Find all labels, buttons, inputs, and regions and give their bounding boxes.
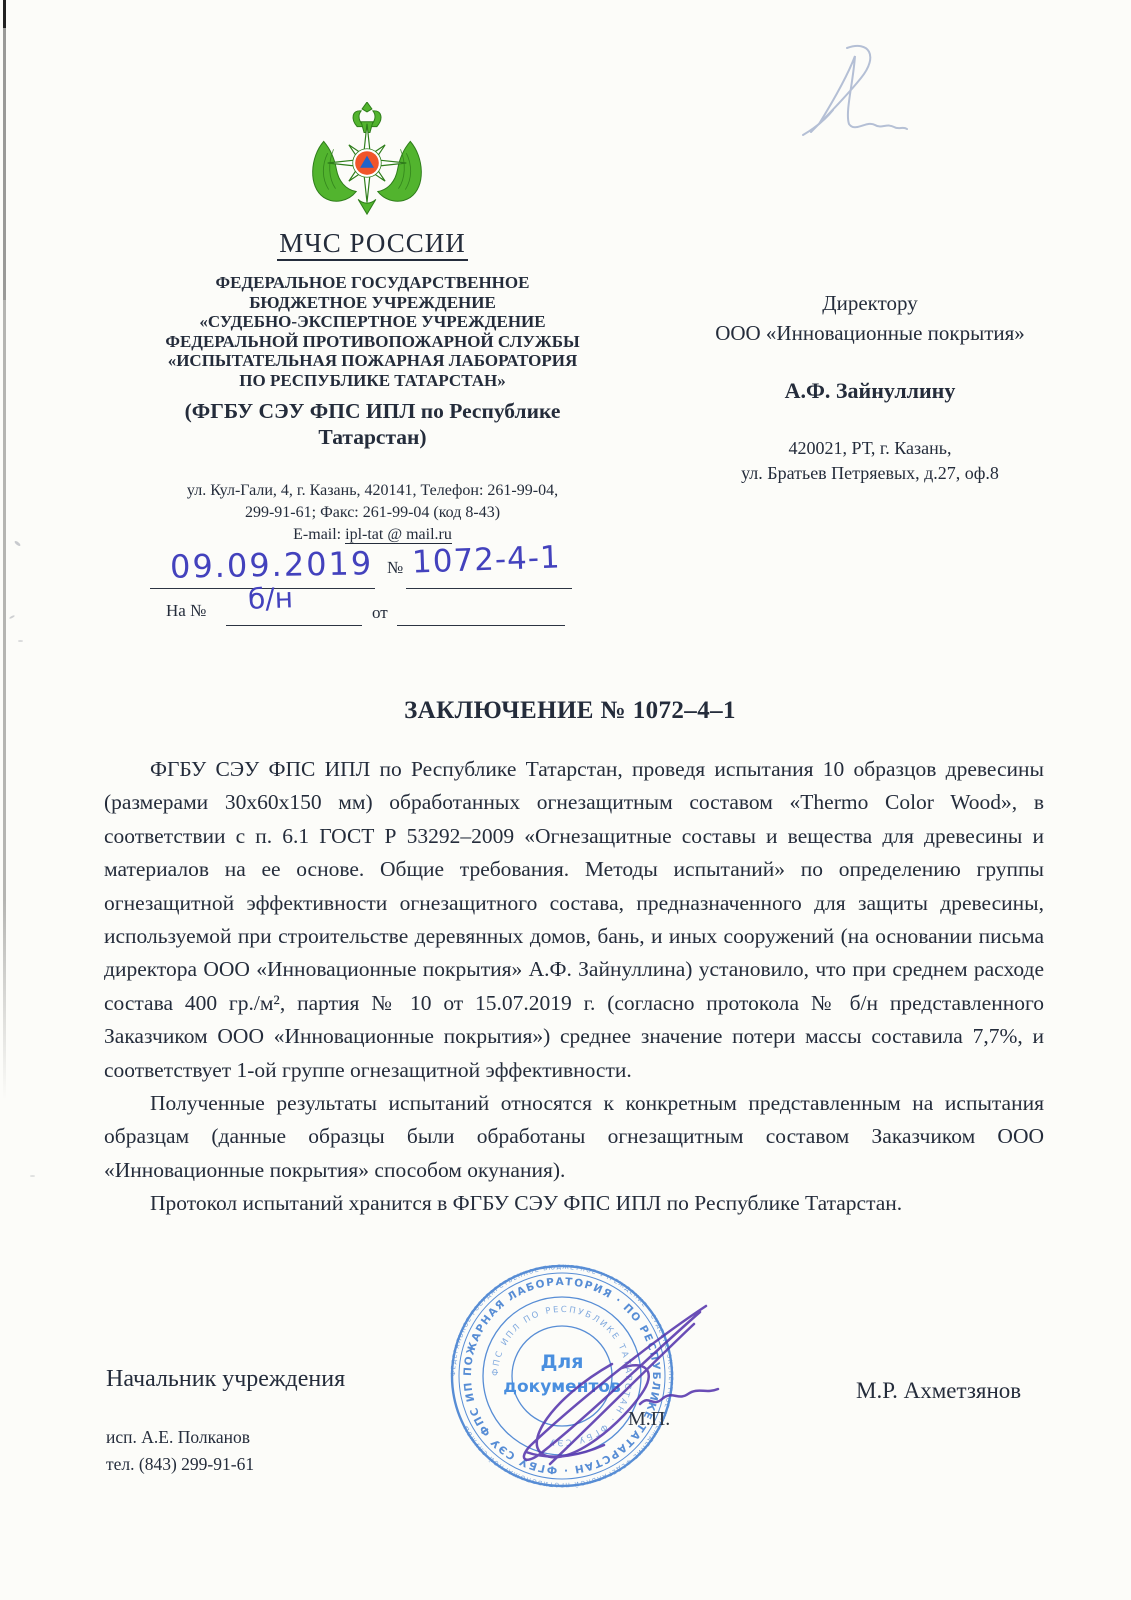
recipient-block: Директору ООО «Инновационные покрытия» [640,288,1100,348]
sender-phone-line: 299-91-61; Факс: 261-99-04 (код 8-43) [95,502,650,524]
scan-speck [30,1175,35,1177]
org-line: ПО РЕСПУБЛИКЕ ТАТАРСТАН» [95,371,650,391]
org-line: ФЕДЕРАЛЬНОЙ ПРОТИВОПОЖАРНОЙ СЛУЖБЫ [95,332,650,352]
from-underline [397,625,565,626]
body-paragraph-3: Протокол испытаний хранится в ФГБУ СЭУ Ф… [104,1187,1044,1220]
recipient-name: А.Ф. Зайнуллину [640,378,1100,404]
email-value: ipl-tat @ mail.ru [345,526,452,544]
recipient-position: Директору [640,288,1100,318]
short-name-line: (ФГБУ СЭУ ФПС ИПЛ по Республике [95,398,650,424]
executor-phone: тел. (843) 299-91-61 [106,1451,254,1478]
ministry-name: МЧС РОССИИ [95,228,650,259]
executor-block: исп. А.Е. Полканов тел. (843) 299-91-61 [106,1424,254,1478]
handwritten-incoming-number: б/н [247,581,293,616]
org-line: «СУДЕБНО-ЭКСПЕРТНОЕ УЧРЕЖДЕНИЕ [95,312,650,332]
recipient-company: ООО «Инновационные покрытия» [640,318,1100,348]
number-underline [406,588,572,589]
email-label: E-mail: [293,526,341,543]
scanned-letter-page: { "sender": { "ministry": "МЧС РОССИИ", … [0,0,1131,1600]
body-paragraph-1: ФГБУ СЭУ ФПС ИПЛ по Республике Татарстан… [104,753,1044,1087]
recipient-address: 420021, РТ, г. Казань, ул. Братьев Петря… [640,436,1100,486]
scan-speck [18,640,23,642]
short-name-line: Татарстан) [95,424,650,450]
director-signature [492,1302,742,1482]
incoming-underline [226,625,362,626]
document-body: ФГБУ СЭУ ФПС ИПЛ по Республике Татарстан… [104,753,1044,1221]
body-paragraph-2: Полученные результаты испытаний относятс… [104,1087,1044,1187]
scan-speck [14,540,21,547]
signer-position: Начальник учреждения [106,1366,345,1393]
org-line: «ИСПЫТАТЕЛЬНАЯ ПОЖАРНАЯ ЛАБОРАТОРИЯ [95,351,650,371]
handwritten-date: 09.09.2019 [170,544,374,586]
from-label: от [372,603,388,623]
scan-speck [9,615,15,620]
mp-seal-label: М.П. [628,1408,670,1431]
organization-name: ФЕДЕРАЛЬНОЕ ГОСУДАРСТВЕННОЕ БЮДЖЕТНОЕ УЧ… [95,273,650,390]
handwritten-number: 1072-4-1 [411,539,561,580]
executor-name: исп. А.Е. Полканов [106,1424,254,1451]
recipient-address-line: ул. Братьев Петряевых, д.27, оф.8 [640,461,1100,486]
number-sign-label: № [387,558,403,578]
signer-name: М.Р. Ахметзянов [856,1378,1021,1404]
recipient-address-line: 420021, РТ, г. Казань, [640,436,1100,461]
scan-edge-line [3,0,6,1100]
ministry-name-text: МЧС РОССИИ [277,228,468,261]
corner-signature-mark [795,40,915,145]
document-title: ЗАКЛЮЧЕНИЕ № 1072–4–1 [95,697,1045,725]
mchs-emblem-icon [308,102,426,226]
sender-email-line: E-mail: ipl-tat @ mail.ru [95,524,650,546]
org-line: БЮДЖЕТНОЕ УЧРЕЖДЕНИЕ [95,293,650,313]
sender-contacts: ул. Кул-Гали, 4, г. Казань, 420141, Теле… [95,480,650,546]
incoming-number-label: На № [166,601,206,621]
org-line: ФЕДЕРАЛЬНОЕ ГОСУДАРСТВЕННОЕ [95,273,650,293]
sender-address-line: ул. Кул-Гали, 4, г. Казань, 420141, Теле… [95,480,650,502]
organization-short-name: (ФГБУ СЭУ ФПС ИПЛ по Республике Татарста… [95,398,650,450]
